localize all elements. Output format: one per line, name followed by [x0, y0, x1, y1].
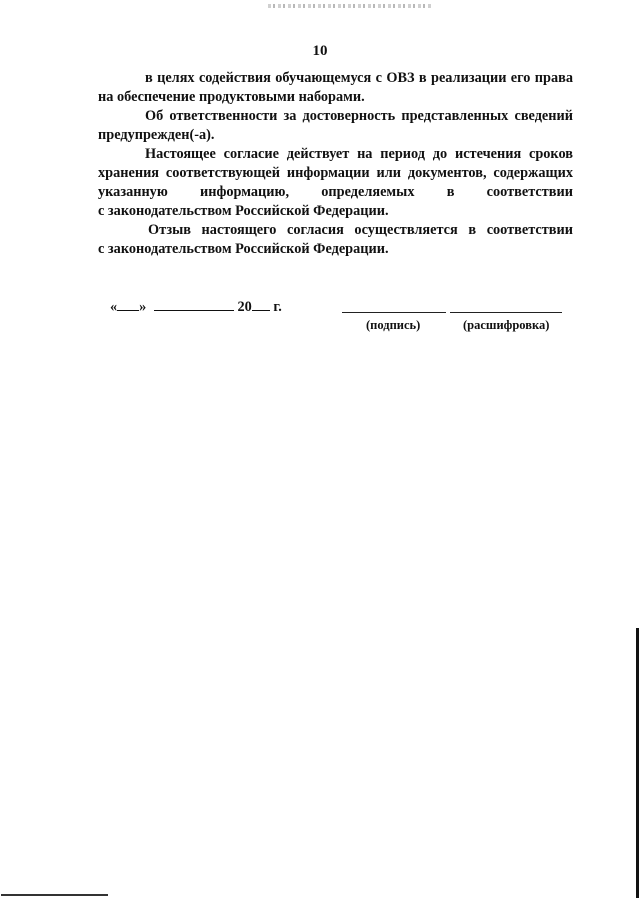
- paragraph-responsibility: Об ответственности за достоверность пред…: [98, 107, 573, 145]
- quote-close: »: [139, 299, 146, 316]
- month-blank: [154, 296, 234, 311]
- decode-line: [450, 312, 562, 313]
- paragraph-validity-end: с законодательством Российской Федерации…: [98, 202, 573, 221]
- paragraph-validity: Настоящее согласие действует на период д…: [98, 145, 573, 202]
- footnote-separator: [1, 894, 108, 896]
- scan-header-artifact: [268, 4, 433, 8]
- date-field: «» 20 г.: [110, 296, 282, 316]
- scan-edge-artifact: [636, 628, 639, 898]
- year-suffix: г.: [273, 299, 281, 316]
- signature-label: (подпись): [366, 318, 420, 333]
- paragraph-revocation: Отзыв настоящего согласия осуществляется…: [98, 221, 573, 240]
- day-blank: [117, 296, 139, 311]
- signature-line: [342, 312, 446, 313]
- quote-open: «: [110, 299, 117, 316]
- page-number: 10: [0, 43, 640, 60]
- document-body: в целях содействия обучающемуся с ОВЗ в …: [98, 69, 573, 259]
- paragraph-purpose: в целях содействия обучающемуся с ОВЗ в …: [98, 69, 573, 107]
- paragraph-revocation-end: с законодательством Российской Федерации…: [98, 240, 573, 259]
- year-prefix: 20: [237, 299, 251, 316]
- year-blank: [252, 296, 270, 311]
- decode-label: (расшифровка): [463, 318, 549, 333]
